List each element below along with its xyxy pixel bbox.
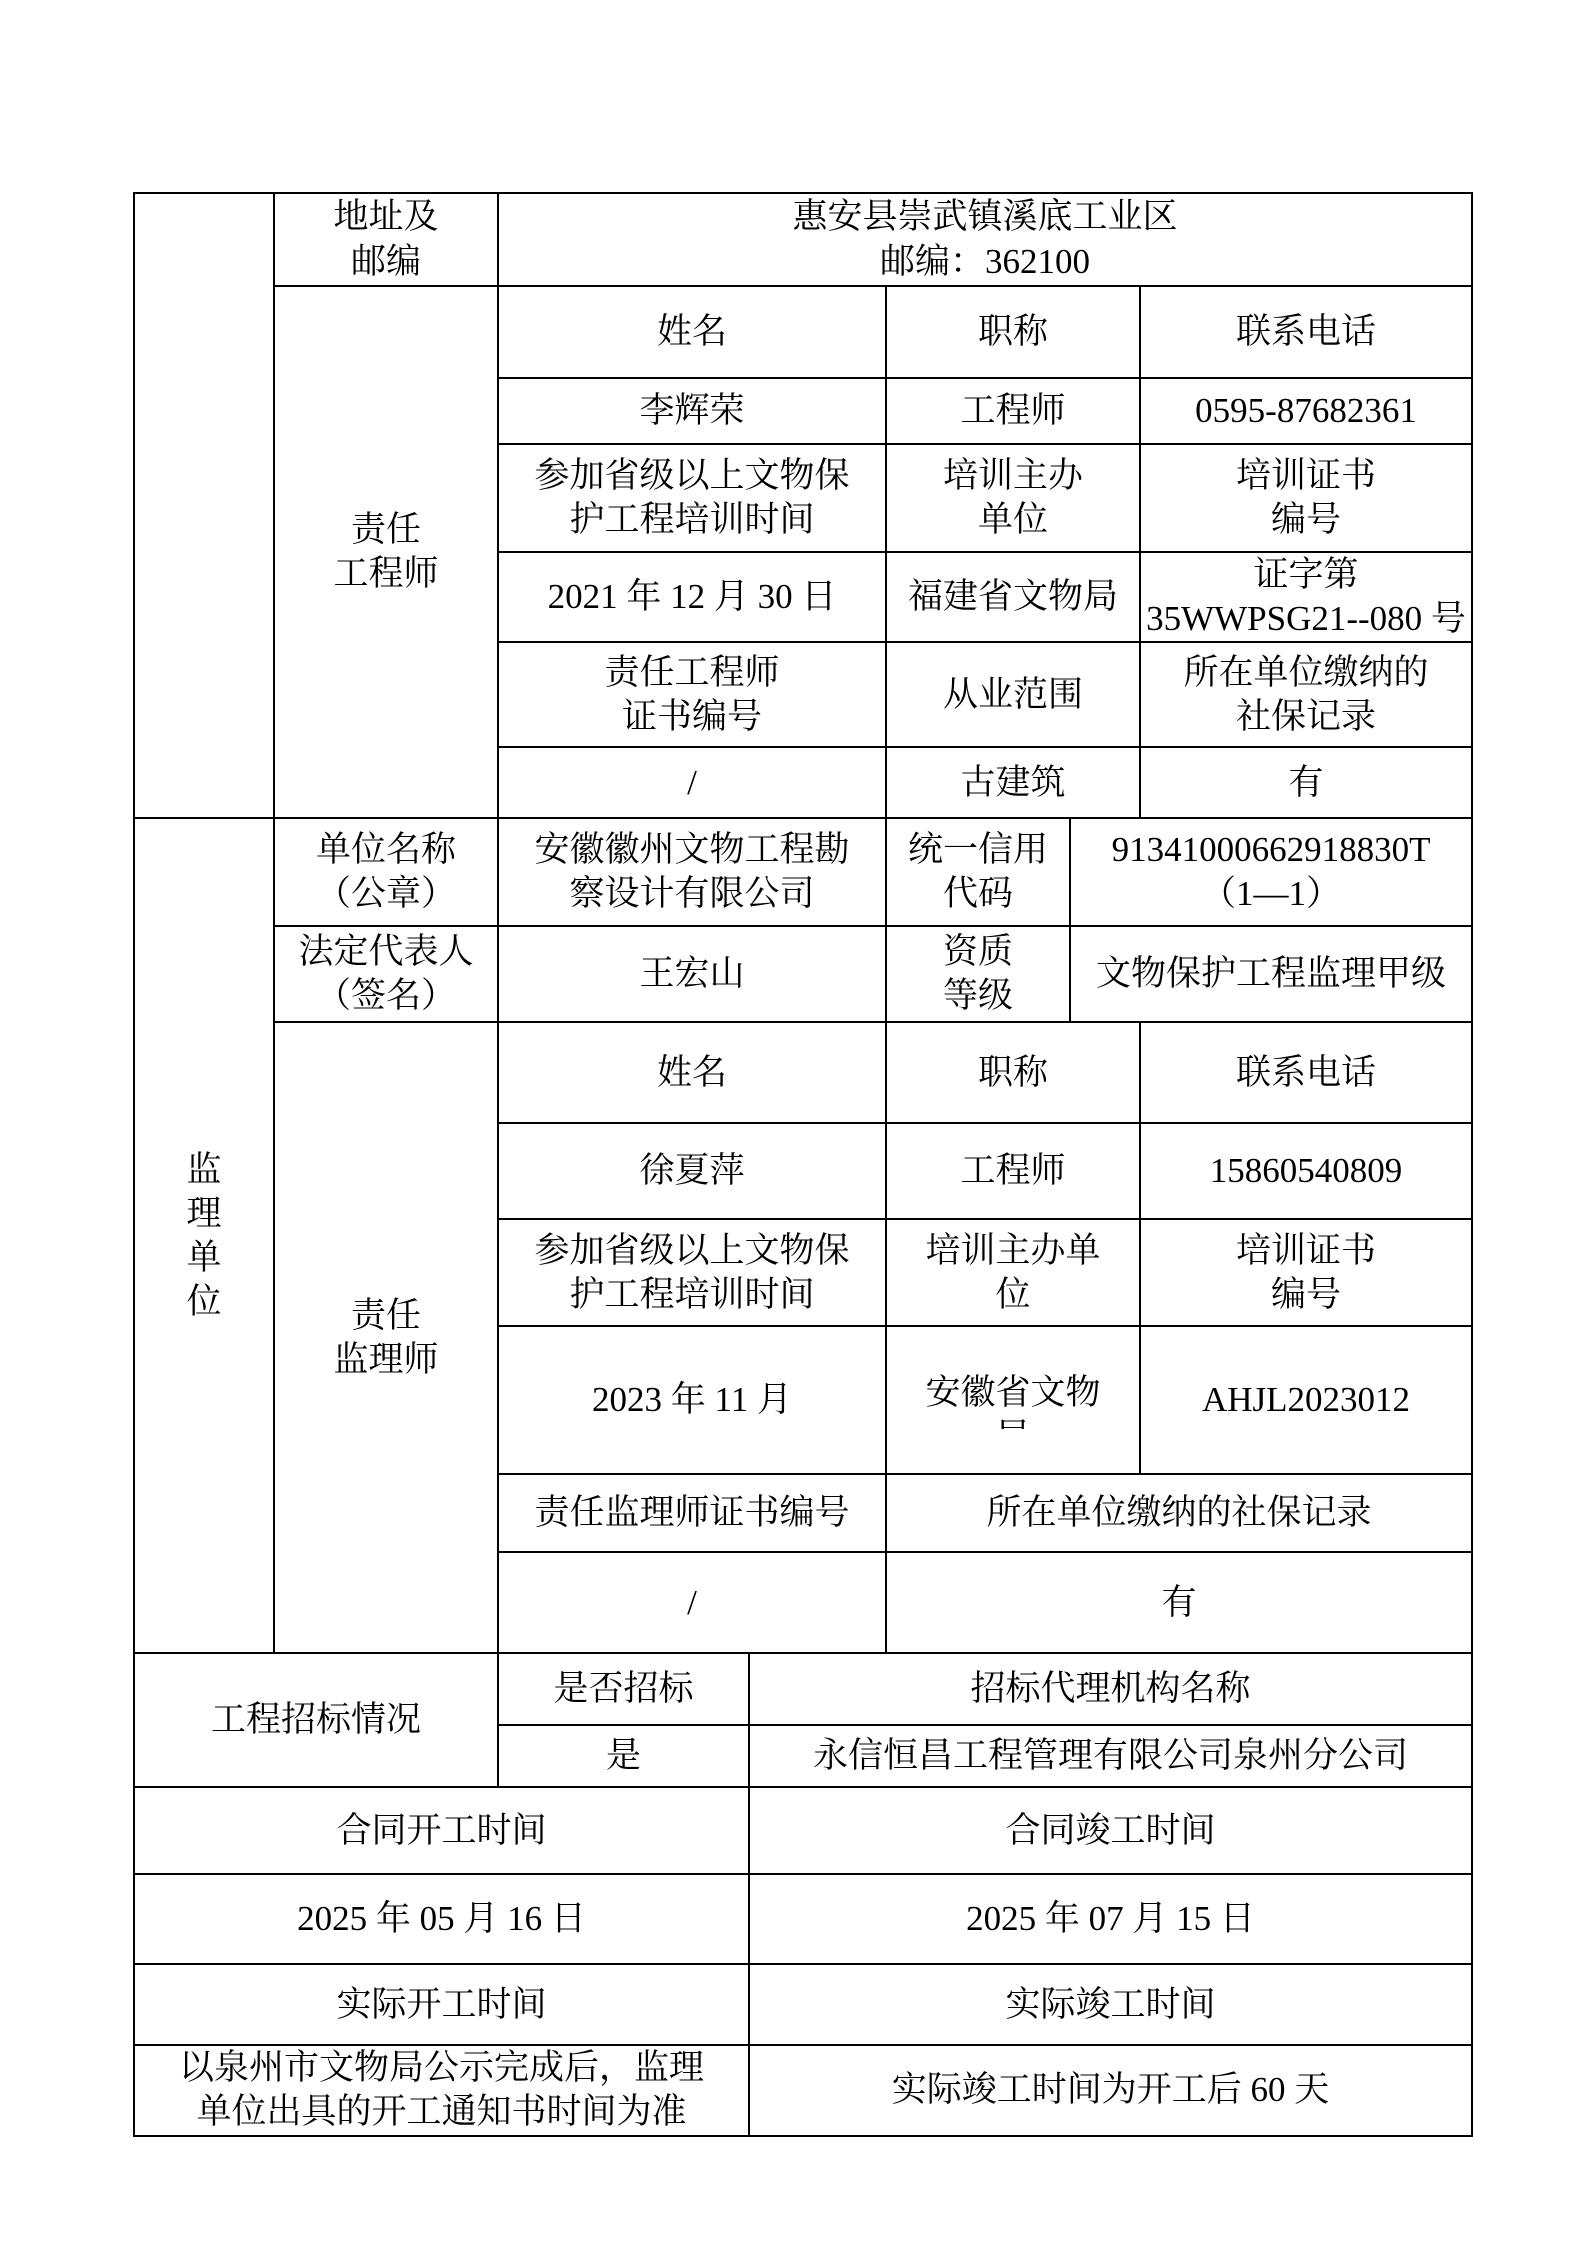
supervisor-title-header: 职称: [886, 1022, 1140, 1123]
supervisor-name-value: 徐夏萍: [498, 1123, 886, 1219]
supervisor-training-org-value: 安徽省文物 局: [886, 1326, 1140, 1474]
document-page: 地址及 邮编 惠安县崇武镇溪底工业区 邮编：362100 责任 工程师 姓名 职…: [0, 0, 1587, 2245]
table-row: 工程招标情况 是否招标 招标代理机构名称: [134, 1653, 1472, 1725]
supervisor-training-org-label: 培训主办单 位: [886, 1219, 1140, 1326]
supervision-company-value: 安徽徽州文物工程勘 察设计有限公司: [498, 818, 886, 926]
table-row: 以泉州市文物局公示完成后，监理 单位出具的开工通知书时间为准 实际竣工时间为开工…: [134, 2045, 1472, 2135]
engineer-name-header: 姓名: [498, 286, 886, 378]
table-row: 监 理 单 位 单位名称 （公章） 安徽徽州文物工程勘 察设计有限公司 统一信用…: [134, 818, 1472, 926]
table-row: 法定代表人 （签名） 王宏山 资质 等级 文物保护工程监理甲级: [134, 926, 1472, 1022]
table-row: 实际开工时间 实际竣工时间: [134, 1964, 1472, 2045]
supervisor-training-cert-value: AHJL2023012: [1140, 1326, 1472, 1474]
supervisor-social-label: 所在单位缴纳的社保记录: [886, 1474, 1472, 1552]
supervision-qualification-value: 文物保护工程监理甲级: [1070, 926, 1472, 1022]
supervisor-cert-no-value: /: [498, 1552, 886, 1653]
engineer-phone-value: 0595-87682361: [1140, 378, 1472, 444]
supervisor-training-time-value: 2023 年 11 月: [498, 1326, 886, 1474]
engineer-section-label: 责任 工程师: [274, 286, 498, 818]
supervision-credit-code-label: 统一信用 代码: [886, 818, 1070, 926]
project-info-table: 地址及 邮编 惠安县崇武镇溪底工业区 邮编：362100 责任 工程师 姓名 职…: [133, 192, 1473, 2137]
bidding-is-bid-value: 是: [498, 1725, 749, 1787]
contract-start-label: 合同开工时间: [134, 1787, 749, 1874]
engineer-title-value: 工程师: [886, 378, 1140, 444]
engineer-training-org-value: 福建省文物局: [886, 552, 1140, 642]
supervisor-training-cert-label: 培训证书 编号: [1140, 1219, 1472, 1326]
supervision-qualification-label: 资质 等级: [886, 926, 1070, 1022]
engineer-scope-label: 从业范围: [886, 642, 1140, 747]
table-row: 责任 监理师 姓名 职称 联系电话: [134, 1022, 1472, 1123]
engineer-training-time-value: 2021 年 12 月 30 日: [498, 552, 886, 642]
engineer-phone-header: 联系电话: [1140, 286, 1472, 378]
supervisor-training-org-text: 安徽省文物 局: [891, 1371, 1135, 1429]
supervisor-section-label: 责任 监理师: [274, 1022, 498, 1653]
engineer-name-value: 李辉荣: [498, 378, 886, 444]
engineer-social-value: 有: [1140, 747, 1472, 818]
contract-end-label: 合同竣工时间: [749, 1787, 1472, 1874]
engineer-scope-value: 古建筑: [886, 747, 1140, 818]
supervision-legal-rep-value: 王宏山: [498, 926, 886, 1022]
engineer-training-time-label: 参加省级以上文物保 护工程培训时间: [498, 444, 886, 552]
supervision-credit-code-value: 91341000662918830T （1—1）: [1070, 818, 1472, 926]
bidding-is-bid-label: 是否招标: [498, 1653, 749, 1725]
engineer-training-org-label: 培训主办 单位: [886, 444, 1140, 552]
bidding-section-label: 工程招标情况: [134, 1653, 498, 1787]
table-row: 2025 年 05 月 16 日 2025 年 07 月 15 日: [134, 1874, 1472, 1964]
engineer-cert-no-value: /: [498, 747, 886, 818]
supervision-company-label: 单位名称 （公章）: [274, 818, 498, 926]
supervisor-social-value: 有: [886, 1552, 1472, 1653]
supervisor-phone-value: 15860540809: [1140, 1123, 1472, 1219]
supervisor-name-header: 姓名: [498, 1022, 886, 1123]
engineer-training-cert-label: 培训证书 编号: [1140, 444, 1472, 552]
supervision-section-label: 监 理 单 位: [134, 818, 274, 1653]
supervisor-cert-no-label: 责任监理师证书编号: [498, 1474, 886, 1552]
contract-end-value: 2025 年 07 月 15 日: [749, 1874, 1472, 1964]
table-row: 责任 工程师 姓名 职称 联系电话: [134, 286, 1472, 378]
actual-start-label: 实际开工时间: [134, 1964, 749, 2045]
engineer-cert-no-label: 责任工程师 证书编号: [498, 642, 886, 747]
engineer-title-header: 职称: [886, 286, 1140, 378]
address-label: 地址及 邮编: [274, 193, 498, 286]
table-row: 地址及 邮编 惠安县崇武镇溪底工业区 邮编：362100: [134, 193, 1472, 286]
bidding-agency-value: 永信恒昌工程管理有限公司泉州分公司: [749, 1725, 1472, 1787]
supervisor-title-value: 工程师: [886, 1123, 1140, 1219]
engineer-training-cert-value: 证字第 35WWPSG21--080 号: [1140, 552, 1472, 642]
actual-end-label: 实际竣工时间: [749, 1964, 1472, 2045]
bidding-agency-label: 招标代理机构名称: [749, 1653, 1472, 1725]
supervisor-phone-header: 联系电话: [1140, 1022, 1472, 1123]
actual-start-note: 以泉州市文物局公示完成后，监理 单位出具的开工通知书时间为准: [134, 2045, 749, 2135]
engineer-social-label: 所在单位缴纳的 社保记录: [1140, 642, 1472, 747]
actual-end-note: 实际竣工时间为开工后 60 天: [749, 2045, 1472, 2135]
contract-start-value: 2025 年 05 月 16 日: [134, 1874, 749, 1964]
supervisor-training-time-label: 参加省级以上文物保 护工程培训时间: [498, 1219, 886, 1326]
table-row: 合同开工时间 合同竣工时间: [134, 1787, 1472, 1874]
top-section-spacer-cell: [134, 193, 274, 818]
supervision-legal-rep-label: 法定代表人 （签名）: [274, 926, 498, 1022]
address-value: 惠安县崇武镇溪底工业区 邮编：362100: [498, 193, 1472, 286]
